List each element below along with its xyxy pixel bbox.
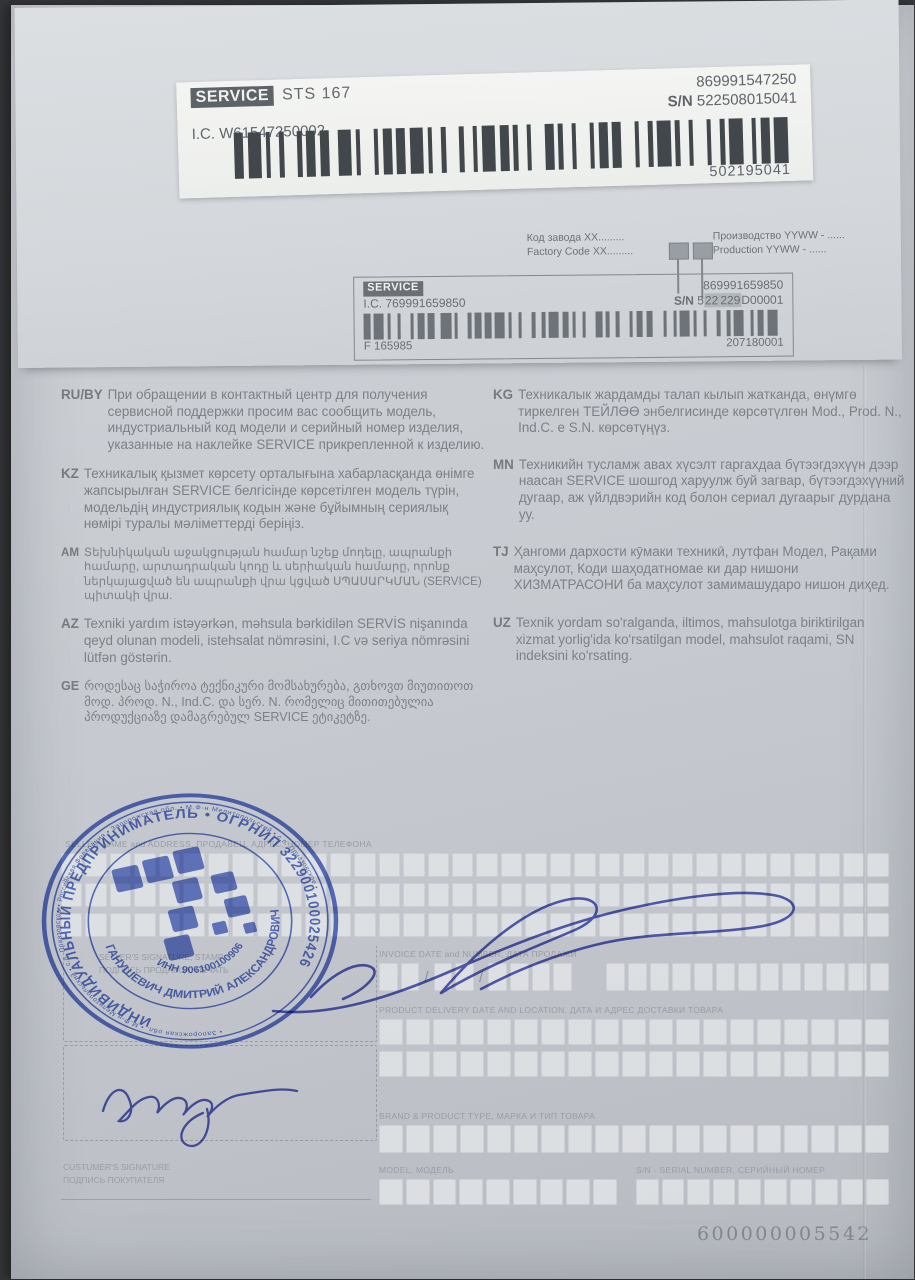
brand-field-label: BRAND & PRODUCT TYPE, МАРКА И ТИП ТОВАРА bbox=[379, 1111, 595, 1121]
instruction-paragraph: KGТехникалык жардамды талап кылып жаткан… bbox=[493, 387, 905, 437]
service-tag: SERVICE bbox=[190, 86, 274, 108]
instruction-paragraph: AMՏեխնիկական աջակցության համար նշեք մոդե… bbox=[61, 546, 485, 604]
invoice-field-label: INVOICE DATE and NUMBER, ДАТА ПРОДАЖИ bbox=[379, 949, 577, 959]
customer-signature-box bbox=[63, 1045, 377, 1141]
sample-bottom-right: 207180001 bbox=[726, 337, 784, 350]
seller-stamp: ИНДИВИДУАЛЬНЫЙ ПРЕДПРИНИМАТЕЛЬ • ОГРНИП … bbox=[39, 791, 341, 1051]
instruction-text: При обращении в контактный центр для пол… bbox=[108, 387, 485, 453]
service-tag-small: SERVICE bbox=[363, 281, 423, 297]
sample-service-label: SERVICE 869991659850 I.C. 769991659850 S… bbox=[353, 273, 794, 361]
factory-code-marker bbox=[669, 243, 689, 260]
sample-product-code: 869991659850 bbox=[703, 278, 783, 294]
lang-code: MN bbox=[493, 457, 514, 523]
delivery-cells-row bbox=[379, 1019, 889, 1045]
sticker-serial-line: S/N 522508015041 bbox=[667, 89, 797, 111]
lang-code: UZ bbox=[493, 615, 511, 665]
instruction-paragraph: AZTexniki yardım istəyərkən, məhsula bər… bbox=[61, 616, 485, 666]
sample-industrial-code: I.C. 769991659850 bbox=[363, 296, 465, 312]
serial-cells-row bbox=[636, 1179, 889, 1205]
sample-barcode bbox=[363, 310, 781, 340]
instruction-paragraph: GEროდესაც საჭიროა ტექნიკური მომსახურება,… bbox=[61, 679, 485, 726]
sn-label: S/N bbox=[667, 92, 692, 110]
instruction-text: Техникийн тусламж авах хүсэлт гаргахдаа … bbox=[519, 457, 905, 523]
warranty-card-paper: SERVICESTS 167 869991547250 S/N 52250801… bbox=[11, 5, 914, 1279]
stamp-owner-name: ГАНУШЕВИЧ ДМИТРИЙ АЛЕКСАНДРОВИЧ bbox=[102, 907, 302, 1018]
instruction-text: Texnik yordam so'ralganda, iltimos, mahs… bbox=[516, 615, 905, 665]
factory-code-callout-ru: Код завода XX......... bbox=[527, 230, 667, 246]
sn-factory-code: 22 bbox=[704, 293, 719, 307]
lang-code: GE bbox=[61, 679, 79, 726]
sample-bottom-left: F 165985 bbox=[364, 340, 413, 352]
model-field-label: MODEL, МОДЕЛЬ bbox=[379, 1165, 454, 1175]
customer-signature-label-en: CUSTUMER'S SIGNATURE bbox=[63, 1161, 170, 1174]
instruction-text: Տեխնիկական աջակցության համար նշեք մոդելը… bbox=[84, 546, 485, 604]
warranty-card-photo: { "sticker": { "service_label": "SERVICE… bbox=[0, 0, 915, 1280]
instruction-text: Ҳангоми дархости кӯмаки техникӣ, лутфан … bbox=[514, 544, 905, 594]
customer-signature-label: CUSTUMER'S SIGNATURE ПОДПИСЬ ПОКУПАТЕЛЯ bbox=[63, 1161, 170, 1187]
sticker-sts-code: STS 167 bbox=[282, 85, 352, 104]
instruction-paragraph: TJҲангоми дархости кӯмаки техникӣ, лутфа… bbox=[493, 544, 905, 594]
model-cells-row bbox=[379, 1179, 617, 1205]
delivery-cells-row bbox=[379, 1051, 889, 1077]
production-callout-en: Production YYWW - ...... bbox=[713, 242, 913, 258]
instruction-text: Техникалық қызмет көрсету орталығына хаб… bbox=[84, 466, 485, 532]
instruction-text: Техникалык жардамды талап кылып жатканда… bbox=[518, 387, 905, 437]
sticker-bottom-number: 502195041 bbox=[709, 162, 791, 180]
instruction-sheet: SERVICESTS 167 869991547250 S/N 52250801… bbox=[15, 0, 902, 368]
instructions-left-column: RU/BYПри обращении в контактный центр дл… bbox=[61, 387, 485, 739]
instruction-paragraph: KZТехникалық қызмет көрсету орталығына х… bbox=[61, 466, 485, 532]
delivery-field-label: PRODUCT DELIVERY DATE AND LOCATION, ДАТА… bbox=[379, 1005, 723, 1015]
lang-code: RU/BY bbox=[61, 387, 103, 453]
invoice-date-row: / / bbox=[379, 963, 889, 991]
instruction-text: Texniki yardım istəyərkən, məhsula bərki… bbox=[84, 616, 485, 666]
instruction-paragraph: MNТехникийн тусламж авах хүсэлт гаргахда… bbox=[493, 457, 905, 523]
lang-code: AZ bbox=[61, 616, 79, 666]
signature-line bbox=[61, 1199, 371, 1200]
lang-code: AM bbox=[61, 546, 79, 604]
lang-code: TJ bbox=[493, 544, 509, 594]
customer-signature-label-ru: ПОДПИСЬ ПОКУПАТЕЛЯ bbox=[63, 1174, 170, 1187]
instructions-right-column: KGТехникалык жардамды талап кылып жаткан… bbox=[493, 387, 905, 678]
document-number: 600000005542 bbox=[697, 1223, 872, 1245]
lang-code: KZ bbox=[61, 466, 79, 532]
serial-field-label: S/N - SERIAL NUMBER, СЕРИЙНЫЙ НОМЕР bbox=[636, 1165, 825, 1175]
service-sticker: SERVICESTS 167 869991547250 S/N 52250801… bbox=[176, 64, 813, 198]
sn-production-code: 229 bbox=[719, 293, 741, 307]
sticker-model-line: SERVICESTS 167 bbox=[190, 84, 351, 109]
brand-cells-row bbox=[379, 1125, 889, 1153]
sn-label: S/N bbox=[674, 294, 694, 308]
sn-rest: D00001 bbox=[741, 293, 783, 307]
sample-serial-line: S/N 522229D00001 bbox=[674, 293, 784, 309]
invoice-number-cells bbox=[606, 963, 889, 991]
instruction-text: როდესაც საჭიროა ტექნიკური მომსახურება, გ… bbox=[84, 679, 485, 726]
sticker-serial-number: 522508015041 bbox=[697, 89, 798, 109]
instruction-paragraph: RU/BYПри обращении в контактный центр дл… bbox=[61, 387, 485, 453]
svg-text:ГАНУШЕВИЧ ДМИТРИЙ АЛЕКСАНДРОВИ: ГАНУШЕВИЧ ДМИТРИЙ АЛЕКСАНДРОВИЧ bbox=[102, 907, 302, 1018]
instruction-paragraph: UZTexnik yordam so'ralganda, iltimos, ma… bbox=[493, 615, 905, 665]
sn-prefix: 5 bbox=[697, 293, 704, 307]
label-callouts: Код завода XX......... Factory Code XX..… bbox=[517, 227, 907, 231]
factory-code-callout-en: Factory Code XX......... bbox=[527, 244, 667, 260]
lang-code: KG bbox=[493, 387, 513, 437]
production-marker bbox=[693, 242, 713, 259]
